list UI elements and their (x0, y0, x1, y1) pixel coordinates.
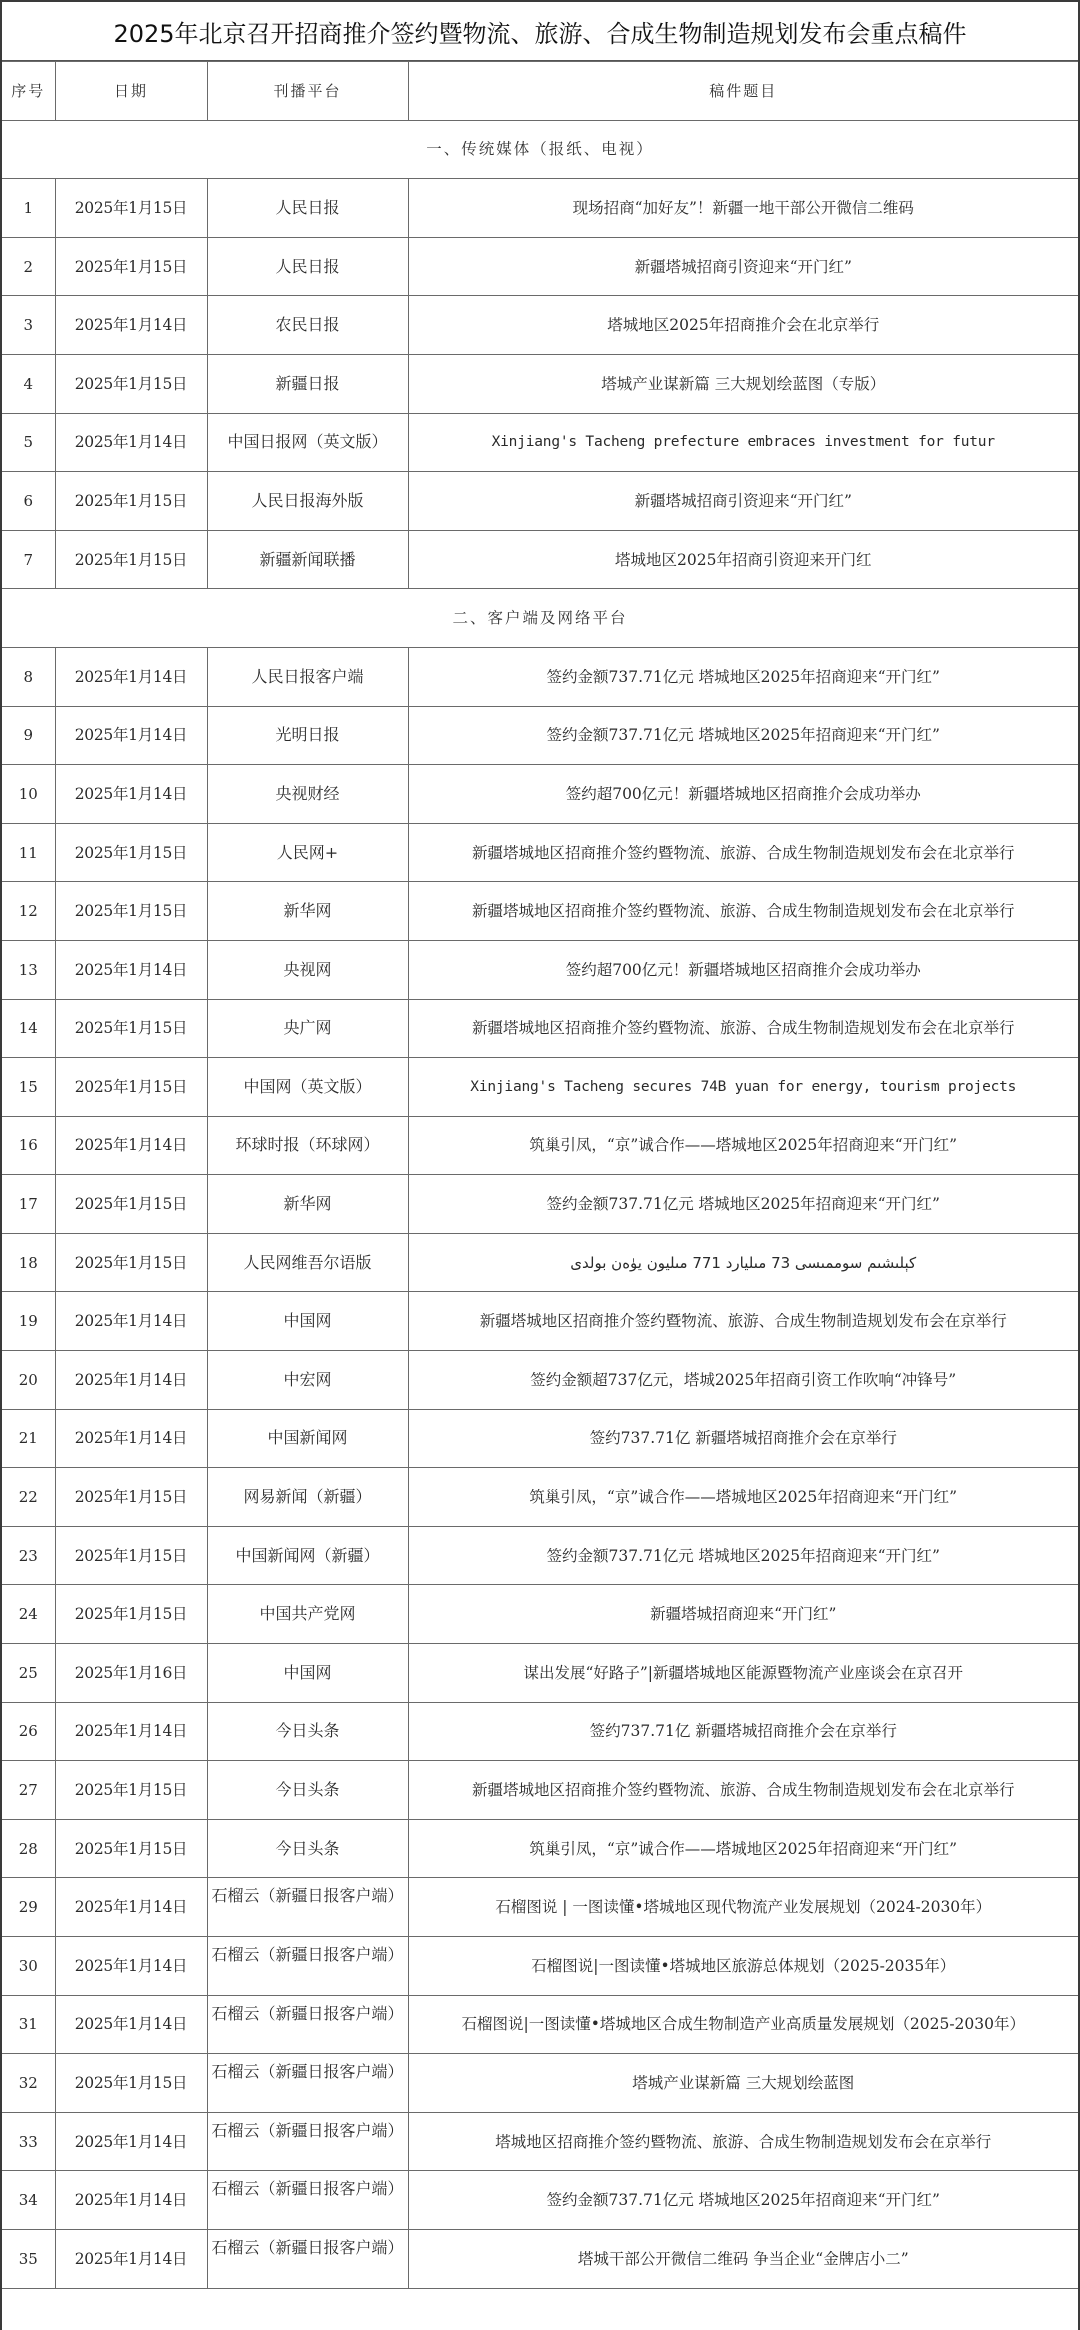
date-cell: 2025年1月14日 (55, 1995, 207, 2054)
table-row: 162025年1月14日环球时报（环球网）筑巢引凤，“京”诚合作——塔城地区20… (2, 1116, 1078, 1175)
headline-cell: 新疆塔城招商引资迎来“开门红” (408, 472, 1078, 531)
row-number-cell: 26 (2, 1702, 55, 1761)
date-cell: 2025年1月14日 (55, 1292, 207, 1351)
table-row: 252025年1月16日中国网谋出发展“好路子”|新疆塔城地区能源暨物流产业座谈… (2, 1644, 1078, 1703)
table-row: 12025年1月15日人民日报现场招商“加好友”！新疆一地干部公开微信二维码 (2, 179, 1078, 238)
row-number-cell: 5 (2, 413, 55, 472)
platform-cell: 人民日报客户端 (207, 647, 408, 706)
section-label: 一、传统媒体（报纸、电视） (2, 120, 1078, 179)
date-cell: 2025年1月14日 (55, 1116, 207, 1175)
row-number-cell: 22 (2, 1468, 55, 1527)
platform-cell: 人民日报 (207, 179, 408, 238)
platform-cell: 石榴云（新疆日报客户端） (207, 2112, 408, 2171)
table-row: 302025年1月14日石榴云（新疆日报客户端）石榴图说|一图读懂•塔城地区旅游… (2, 1937, 1078, 1996)
table-row: 52025年1月14日中国日报网（英文版）Xinjiang's Tacheng … (2, 413, 1078, 472)
table-row: 312025年1月14日石榴云（新疆日报客户端）石榴图说|一图读懂•塔城地区合成… (2, 1995, 1078, 2054)
headline-cell: Xinjiang's Tacheng secures 74B yuan for … (408, 1058, 1078, 1117)
row-number-cell: 9 (2, 706, 55, 765)
platform-cell: 农民日报 (207, 296, 408, 355)
platform-cell: 中国共产党网 (207, 1585, 408, 1644)
date-cell: 2025年1月15日 (55, 237, 207, 296)
date-cell: 2025年1月14日 (55, 1878, 207, 1937)
row-number-cell: 23 (2, 1526, 55, 1585)
platform-cell: 中国日报网（英文版） (207, 413, 408, 472)
document-title: 2025年北京召开招商推介签约暨物流、旅游、合成生物制造规划发布会重点稿件 (2, 2, 1078, 61)
headline-cell: 签约金额737.71亿元 塔城地区2025年招商迎来“开门红” (408, 706, 1078, 765)
row-number-cell: 32 (2, 2054, 55, 2113)
headline-cell: 筑巢引凤，“京”诚合作——塔城地区2025年招商迎来“开门红” (408, 1819, 1078, 1878)
date-cell: 2025年1月15日 (55, 823, 207, 882)
row-number-cell: 20 (2, 1351, 55, 1410)
row-number-cell: 1 (2, 179, 55, 238)
headline-cell: 新疆塔城招商迎来“开门红” (408, 1585, 1078, 1644)
headline-cell: Xinjiang's Tacheng prefecture embraces i… (408, 413, 1078, 472)
platform-cell: 石榴云（新疆日报客户端） (207, 1937, 408, 1996)
table-row: 342025年1月14日石榴云（新疆日报客户端）签约金额737.71亿元 塔城地… (2, 2171, 1078, 2230)
headline-cell: 筑巢引凤，“京”诚合作——塔城地区2025年招商迎来“开门红” (408, 1468, 1078, 1527)
platform-cell: 人民日报 (207, 237, 408, 296)
platform-cell: 中国网 (207, 1292, 408, 1351)
headline-cell: 签约超700亿元！新疆塔城地区招商推介会成功举办 (408, 940, 1078, 999)
table-row: 122025年1月15日新华网新疆塔城地区招商推介签约暨物流、旅游、合成生物制造… (2, 882, 1078, 941)
row-number-cell: 15 (2, 1058, 55, 1117)
row-number-cell: 13 (2, 940, 55, 999)
platform-cell: 人民网维吾尔语版 (207, 1233, 408, 1292)
headline-cell: 签约金额超737亿元，塔城2025年招商引资工作吹响“冲锋号” (408, 1351, 1078, 1410)
date-cell: 2025年1月15日 (55, 179, 207, 238)
platform-cell: 石榴云（新疆日报客户端） (207, 2229, 408, 2288)
row-number-cell: 27 (2, 1761, 55, 1820)
row-number-cell: 30 (2, 1937, 55, 1996)
table-row: 62025年1月15日人民日报海外版新疆塔城招商引资迎来“开门红” (2, 472, 1078, 531)
table-row: 32025年1月14日农民日报塔城地区2025年招商推介会在北京举行 (2, 296, 1078, 355)
headline-cell: كېلىشىم سوممىسى 73 مىليارد 771 مىليون يۈ… (408, 1233, 1078, 1292)
date-cell: 2025年1月15日 (55, 1175, 207, 1234)
date-cell: 2025年1月15日 (55, 2054, 207, 2113)
table-row: 102025年1月14日央视财经签约超700亿元！新疆塔城地区招商推介会成功举办 (2, 765, 1078, 824)
date-cell: 2025年1月14日 (55, 413, 207, 472)
platform-cell: 石榴云（新疆日报客户端） (207, 2054, 408, 2113)
table-row: 212025年1月14日中国新闻网签约737.71亿 新疆塔城招商推介会在京举行 (2, 1409, 1078, 1468)
headline-cell: 新疆塔城招商引资迎来“开门红” (408, 237, 1078, 296)
row-number-cell: 18 (2, 1233, 55, 1292)
row-number-cell: 6 (2, 472, 55, 531)
row-number-cell: 28 (2, 1819, 55, 1878)
headline-cell: 筑巢引凤，“京”诚合作——塔城地区2025年招商迎来“开门红” (408, 1116, 1078, 1175)
row-number-cell: 17 (2, 1175, 55, 1234)
date-cell: 2025年1月15日 (55, 354, 207, 413)
articles-table: 序号 日期 刊播平台 稿件题目 一、传统媒体（报纸、电视）12025年1月15日… (2, 61, 1078, 2289)
date-cell: 2025年1月14日 (55, 2171, 207, 2230)
table-row: 182025年1月15日人民网维吾尔语版كېلىشىم سوممىسى 73 م… (2, 1233, 1078, 1292)
table-row: 292025年1月14日石榴云（新疆日报客户端）石榴图说 | 一图读懂•塔城地区… (2, 1878, 1078, 1937)
date-cell: 2025年1月15日 (55, 1819, 207, 1878)
table-row: 92025年1月14日光明日报签约金额737.71亿元 塔城地区2025年招商迎… (2, 706, 1078, 765)
headline-cell: 签约金额737.71亿元 塔城地区2025年招商迎来“开门红” (408, 1175, 1078, 1234)
headline-cell: 塔城地区2025年招商引资迎来开门红 (408, 530, 1078, 589)
headline-cell: 塔城产业谋新篇 三大规划绘蓝图（专版） (408, 354, 1078, 413)
date-cell: 2025年1月15日 (55, 1761, 207, 1820)
platform-cell: 新疆新闻联播 (207, 530, 408, 589)
row-number-cell: 21 (2, 1409, 55, 1468)
table-row: 222025年1月15日网易新闻（新疆）筑巢引凤，“京”诚合作——塔城地区202… (2, 1468, 1078, 1527)
table-row: 172025年1月15日新华网签约金额737.71亿元 塔城地区2025年招商迎… (2, 1175, 1078, 1234)
platform-cell: 今日头条 (207, 1819, 408, 1878)
column-header-date: 日期 (55, 62, 207, 121)
row-number-cell: 31 (2, 1995, 55, 2054)
row-number-cell: 4 (2, 354, 55, 413)
row-number-cell: 3 (2, 296, 55, 355)
headline-cell: 签约737.71亿 新疆塔城招商推介会在京举行 (408, 1702, 1078, 1761)
headline-cell: 签约金额737.71亿元 塔城地区2025年招商迎来“开门红” (408, 2171, 1078, 2230)
headline-cell: 新疆塔城地区招商推介签约暨物流、旅游、合成生物制造规划发布会在北京举行 (408, 823, 1078, 882)
platform-cell: 今日头条 (207, 1702, 408, 1761)
row-number-cell: 14 (2, 999, 55, 1058)
date-cell: 2025年1月15日 (55, 1058, 207, 1117)
table-row: 112025年1月15日人民网+新疆塔城地区招商推介签约暨物流、旅游、合成生物制… (2, 823, 1078, 882)
headline-cell: 谋出发展“好路子”|新疆塔城地区能源暨物流产业座谈会在京召开 (408, 1644, 1078, 1703)
platform-cell: 人民日报海外版 (207, 472, 408, 531)
date-cell: 2025年1月14日 (55, 647, 207, 706)
row-number-cell: 8 (2, 647, 55, 706)
date-cell: 2025年1月15日 (55, 999, 207, 1058)
headline-cell: 签约737.71亿 新疆塔城招商推介会在京举行 (408, 1409, 1078, 1468)
platform-cell: 中国新闻网 (207, 1409, 408, 1468)
platform-cell: 石榴云（新疆日报客户端） (207, 1995, 408, 2054)
table-row: 202025年1月14日中宏网签约金额超737亿元，塔城2025年招商引资工作吹… (2, 1351, 1078, 1410)
table-row: 42025年1月15日新疆日报塔城产业谋新篇 三大规划绘蓝图（专版） (2, 354, 1078, 413)
table-row: 72025年1月15日新疆新闻联播塔城地区2025年招商引资迎来开门红 (2, 530, 1078, 589)
date-cell: 2025年1月14日 (55, 1937, 207, 1996)
table-header-row: 序号 日期 刊播平台 稿件题目 (2, 62, 1078, 121)
date-cell: 2025年1月14日 (55, 296, 207, 355)
table-row: 262025年1月14日今日头条签约737.71亿 新疆塔城招商推介会在京举行 (2, 1702, 1078, 1761)
row-number-cell: 7 (2, 530, 55, 589)
table-row: 152025年1月15日中国网（英文版）Xinjiang's Tacheng s… (2, 1058, 1078, 1117)
headline-cell: 签约超700亿元！新疆塔城地区招商推介会成功举办 (408, 765, 1078, 824)
column-header-no: 序号 (2, 62, 55, 121)
date-cell: 2025年1月15日 (55, 530, 207, 589)
headline-cell: 新疆塔城地区招商推介签约暨物流、旅游、合成生物制造规划发布会在北京举行 (408, 882, 1078, 941)
table-row: 282025年1月15日今日头条筑巢引凤，“京”诚合作——塔城地区2025年招商… (2, 1819, 1078, 1878)
date-cell: 2025年1月14日 (55, 706, 207, 765)
date-cell: 2025年1月15日 (55, 1585, 207, 1644)
date-cell: 2025年1月16日 (55, 1644, 207, 1703)
column-header-headline: 稿件题目 (408, 62, 1078, 121)
row-number-cell: 35 (2, 2229, 55, 2288)
table-body: 一、传统媒体（报纸、电视）12025年1月15日人民日报现场招商“加好友”！新疆… (2, 120, 1078, 2288)
platform-cell: 人民网+ (207, 823, 408, 882)
table-row: 332025年1月14日石榴云（新疆日报客户端）塔城地区招商推介签约暨物流、旅游… (2, 2112, 1078, 2171)
platform-cell: 石榴云（新疆日报客户端） (207, 1878, 408, 1937)
section-label: 二、客户端及网络平台 (2, 589, 1078, 648)
column-header-platform: 刊播平台 (207, 62, 408, 121)
row-number-cell: 2 (2, 237, 55, 296)
table-row: 22025年1月15日人民日报新疆塔城招商引资迎来“开门红” (2, 237, 1078, 296)
headline-cell: 塔城干部公开微信二维码 争当企业“金牌店小二” (408, 2229, 1078, 2288)
headline-cell: 石榴图说|一图读懂•塔城地区旅游总体规划（2025-2035年） (408, 1937, 1078, 1996)
row-number-cell: 16 (2, 1116, 55, 1175)
table-row: 232025年1月15日中国新闻网（新疆）签约金额737.71亿元 塔城地区20… (2, 1526, 1078, 1585)
headline-cell: 新疆塔城地区招商推介签约暨物流、旅游、合成生物制造规划发布会在北京举行 (408, 999, 1078, 1058)
row-number-cell: 33 (2, 2112, 55, 2171)
headline-cell: 石榴图说|一图读懂•塔城地区合成生物制造产业高质量发展规划（2025-2030年… (408, 1995, 1078, 2054)
platform-cell: 中国新闻网（新疆） (207, 1526, 408, 1585)
table-row: 242025年1月15日中国共产党网新疆塔城招商迎来“开门红” (2, 1585, 1078, 1644)
headline-cell: 塔城地区2025年招商推介会在北京举行 (408, 296, 1078, 355)
table-row: 192025年1月14日中国网新疆塔城地区招商推介签约暨物流、旅游、合成生物制造… (2, 1292, 1078, 1351)
headline-cell: 塔城地区招商推介签约暨物流、旅游、合成生物制造规划发布会在京举行 (408, 2112, 1078, 2171)
row-number-cell: 10 (2, 765, 55, 824)
platform-cell: 石榴云（新疆日报客户端） (207, 2171, 408, 2230)
section-header-row: 一、传统媒体（报纸、电视） (2, 120, 1078, 179)
headline-cell: 签约金额737.71亿元 塔城地区2025年招商迎来“开门红” (408, 1526, 1078, 1585)
date-cell: 2025年1月14日 (55, 940, 207, 999)
table-row: 352025年1月14日石榴云（新疆日报客户端）塔城干部公开微信二维码 争当企业… (2, 2229, 1078, 2288)
date-cell: 2025年1月14日 (55, 765, 207, 824)
date-cell: 2025年1月14日 (55, 1351, 207, 1410)
table-row: 142025年1月15日央广网新疆塔城地区招商推介签约暨物流、旅游、合成生物制造… (2, 999, 1078, 1058)
date-cell: 2025年1月15日 (55, 1526, 207, 1585)
document-sheet: 2025年北京召开招商推介签约暨物流、旅游、合成生物制造规划发布会重点稿件 序号… (0, 0, 1080, 2330)
platform-cell: 网易新闻（新疆） (207, 1468, 408, 1527)
platform-cell: 光明日报 (207, 706, 408, 765)
headline-cell: 新疆塔城地区招商推介签约暨物流、旅游、合成生物制造规划发布会在北京举行 (408, 1761, 1078, 1820)
date-cell: 2025年1月15日 (55, 1233, 207, 1292)
date-cell: 2025年1月14日 (55, 1409, 207, 1468)
date-cell: 2025年1月14日 (55, 1702, 207, 1761)
row-number-cell: 19 (2, 1292, 55, 1351)
row-number-cell: 34 (2, 2171, 55, 2230)
platform-cell: 央广网 (207, 999, 408, 1058)
date-cell: 2025年1月14日 (55, 2229, 207, 2288)
platform-cell: 新华网 (207, 1175, 408, 1234)
platform-cell: 新华网 (207, 882, 408, 941)
row-number-cell: 11 (2, 823, 55, 882)
row-number-cell: 24 (2, 1585, 55, 1644)
platform-cell: 今日头条 (207, 1761, 408, 1820)
platform-cell: 中宏网 (207, 1351, 408, 1410)
platform-cell: 新疆日报 (207, 354, 408, 413)
platform-cell: 中国网 (207, 1644, 408, 1703)
headline-cell: 塔城产业谋新篇 三大规划绘蓝图 (408, 2054, 1078, 2113)
row-number-cell: 12 (2, 882, 55, 941)
row-number-cell: 25 (2, 1644, 55, 1703)
row-number-cell: 29 (2, 1878, 55, 1937)
headline-cell: 现场招商“加好友”！新疆一地干部公开微信二维码 (408, 179, 1078, 238)
platform-cell: 央视财经 (207, 765, 408, 824)
platform-cell: 环球时报（环球网） (207, 1116, 408, 1175)
platform-cell: 中国网（英文版） (207, 1058, 408, 1117)
date-cell: 2025年1月15日 (55, 1468, 207, 1527)
headline-cell: 签约金额737.71亿元 塔城地区2025年招商迎来“开门红” (408, 647, 1078, 706)
table-row: 272025年1月15日今日头条新疆塔城地区招商推介签约暨物流、旅游、合成生物制… (2, 1761, 1078, 1820)
platform-cell: 央视网 (207, 940, 408, 999)
date-cell: 2025年1月15日 (55, 472, 207, 531)
table-row: 82025年1月14日人民日报客户端签约金额737.71亿元 塔城地区2025年… (2, 647, 1078, 706)
section-header-row: 二、客户端及网络平台 (2, 589, 1078, 648)
table-row: 132025年1月14日央视网签约超700亿元！新疆塔城地区招商推介会成功举办 (2, 940, 1078, 999)
headline-cell: 新疆塔城地区招商推介签约暨物流、旅游、合成生物制造规划发布会在京举行 (408, 1292, 1078, 1351)
headline-cell: 石榴图说 | 一图读懂•塔城地区现代物流产业发展规划（2024-2030年） (408, 1878, 1078, 1937)
date-cell: 2025年1月14日 (55, 2112, 207, 2171)
table-row: 322025年1月15日石榴云（新疆日报客户端）塔城产业谋新篇 三大规划绘蓝图 (2, 2054, 1078, 2113)
date-cell: 2025年1月15日 (55, 882, 207, 941)
